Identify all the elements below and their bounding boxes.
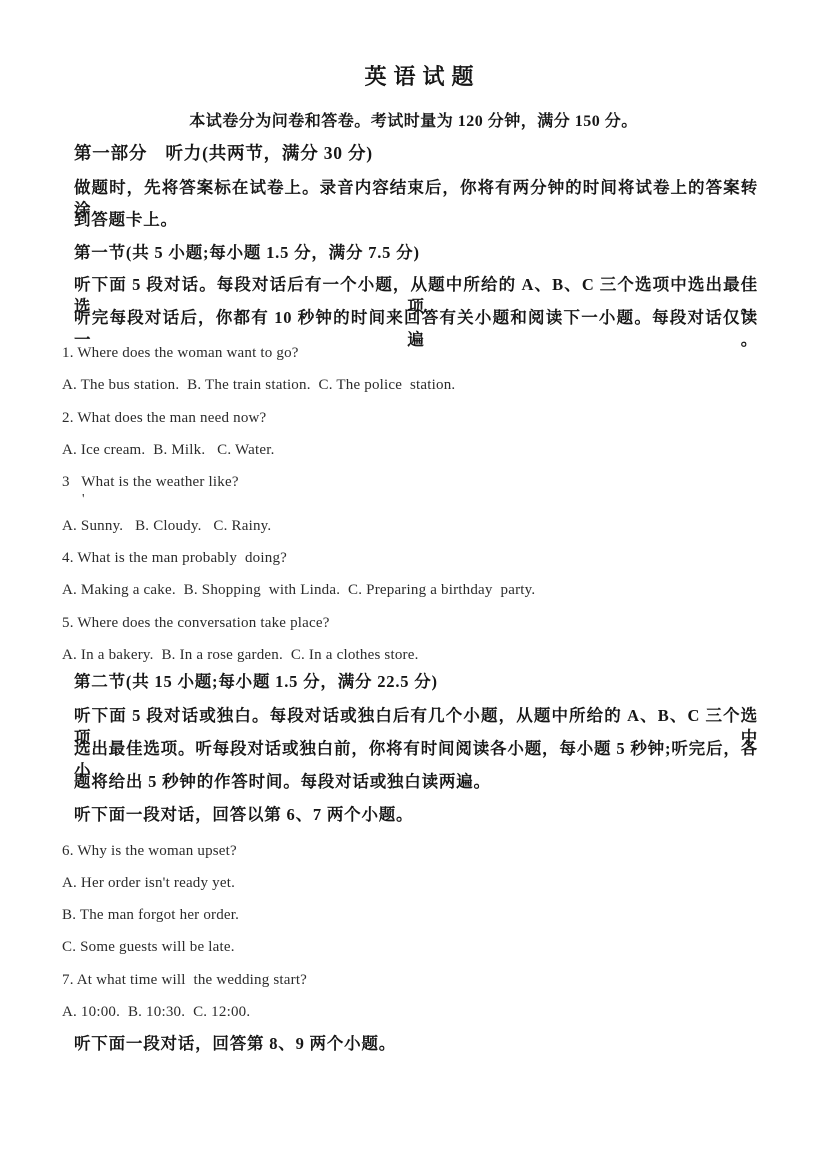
question-6-option-b: B. The man forgot her order. [62, 904, 746, 926]
question-3-text: 3 What is the weather like? [62, 471, 746, 493]
part1-heading: 第一部分 听力(共两节，满分 30 分) [74, 142, 758, 164]
question-3-stray-mark: ' [82, 489, 102, 511]
question-5-text: 5. Where does the conversation take plac… [62, 612, 746, 634]
question-1-text: 1. Where does the woman want to go? [62, 342, 746, 364]
question-6-text: 6. Why is the woman upset? [62, 840, 746, 862]
section1-heading: 第一节(共 5 小题;每小题 1.5 分，满分 7.5 分) [74, 242, 758, 264]
dialog-8-9-prompt: 听下面一段对话，回答第 8、9 两个小题。 [74, 1033, 758, 1055]
question-3-options: A. Sunny. B. Cloudy. C. Rainy. [62, 515, 746, 537]
question-7-text: 7. At what time will the wedding start? [62, 969, 746, 991]
answer-note-line2: 到答题卡上。 [74, 209, 758, 231]
exam-title: 英语试题 [0, 66, 827, 88]
question-6-option-c: C. Some guests will be late. [62, 936, 746, 958]
question-2-text: 2. What does the man need now? [62, 407, 746, 429]
section2-heading: 第二节(共 15 小题;每小题 1.5 分，满分 22.5 分) [74, 671, 758, 693]
question-5-options: A. In a bakery. B. In a rose garden. C. … [62, 644, 746, 666]
dialog-6-7-prompt: 听下面一段对话，回答以第 6、7 两个小题。 [74, 804, 758, 826]
question-2-options: A. Ice cream. B. Milk. C. Water. [62, 439, 746, 461]
question-4-options: A. Making a cake. B. Shopping with Linda… [62, 579, 746, 601]
exam-page: 英语试题 本试卷分为问卷和答卷。考试时量为 120 分钟，满分 150 分。 第… [0, 0, 827, 1169]
section2-intro-line3: 题将给出 5 秒钟的作答时间。每段对话或独白读两遍。 [74, 771, 758, 793]
question-1-options: A. The bus station. B. The train station… [62, 374, 746, 396]
question-6-option-a: A. Her order isn't ready yet. [62, 872, 746, 894]
exam-instructions: 本试卷分为问卷和答卷。考试时量为 120 分钟，满分 150 分。 [0, 111, 827, 133]
question-4-text: 4. What is the man probably doing? [62, 547, 746, 569]
question-7-options: A. 10:00. B. 10:30. C. 12:00. [62, 1001, 746, 1023]
